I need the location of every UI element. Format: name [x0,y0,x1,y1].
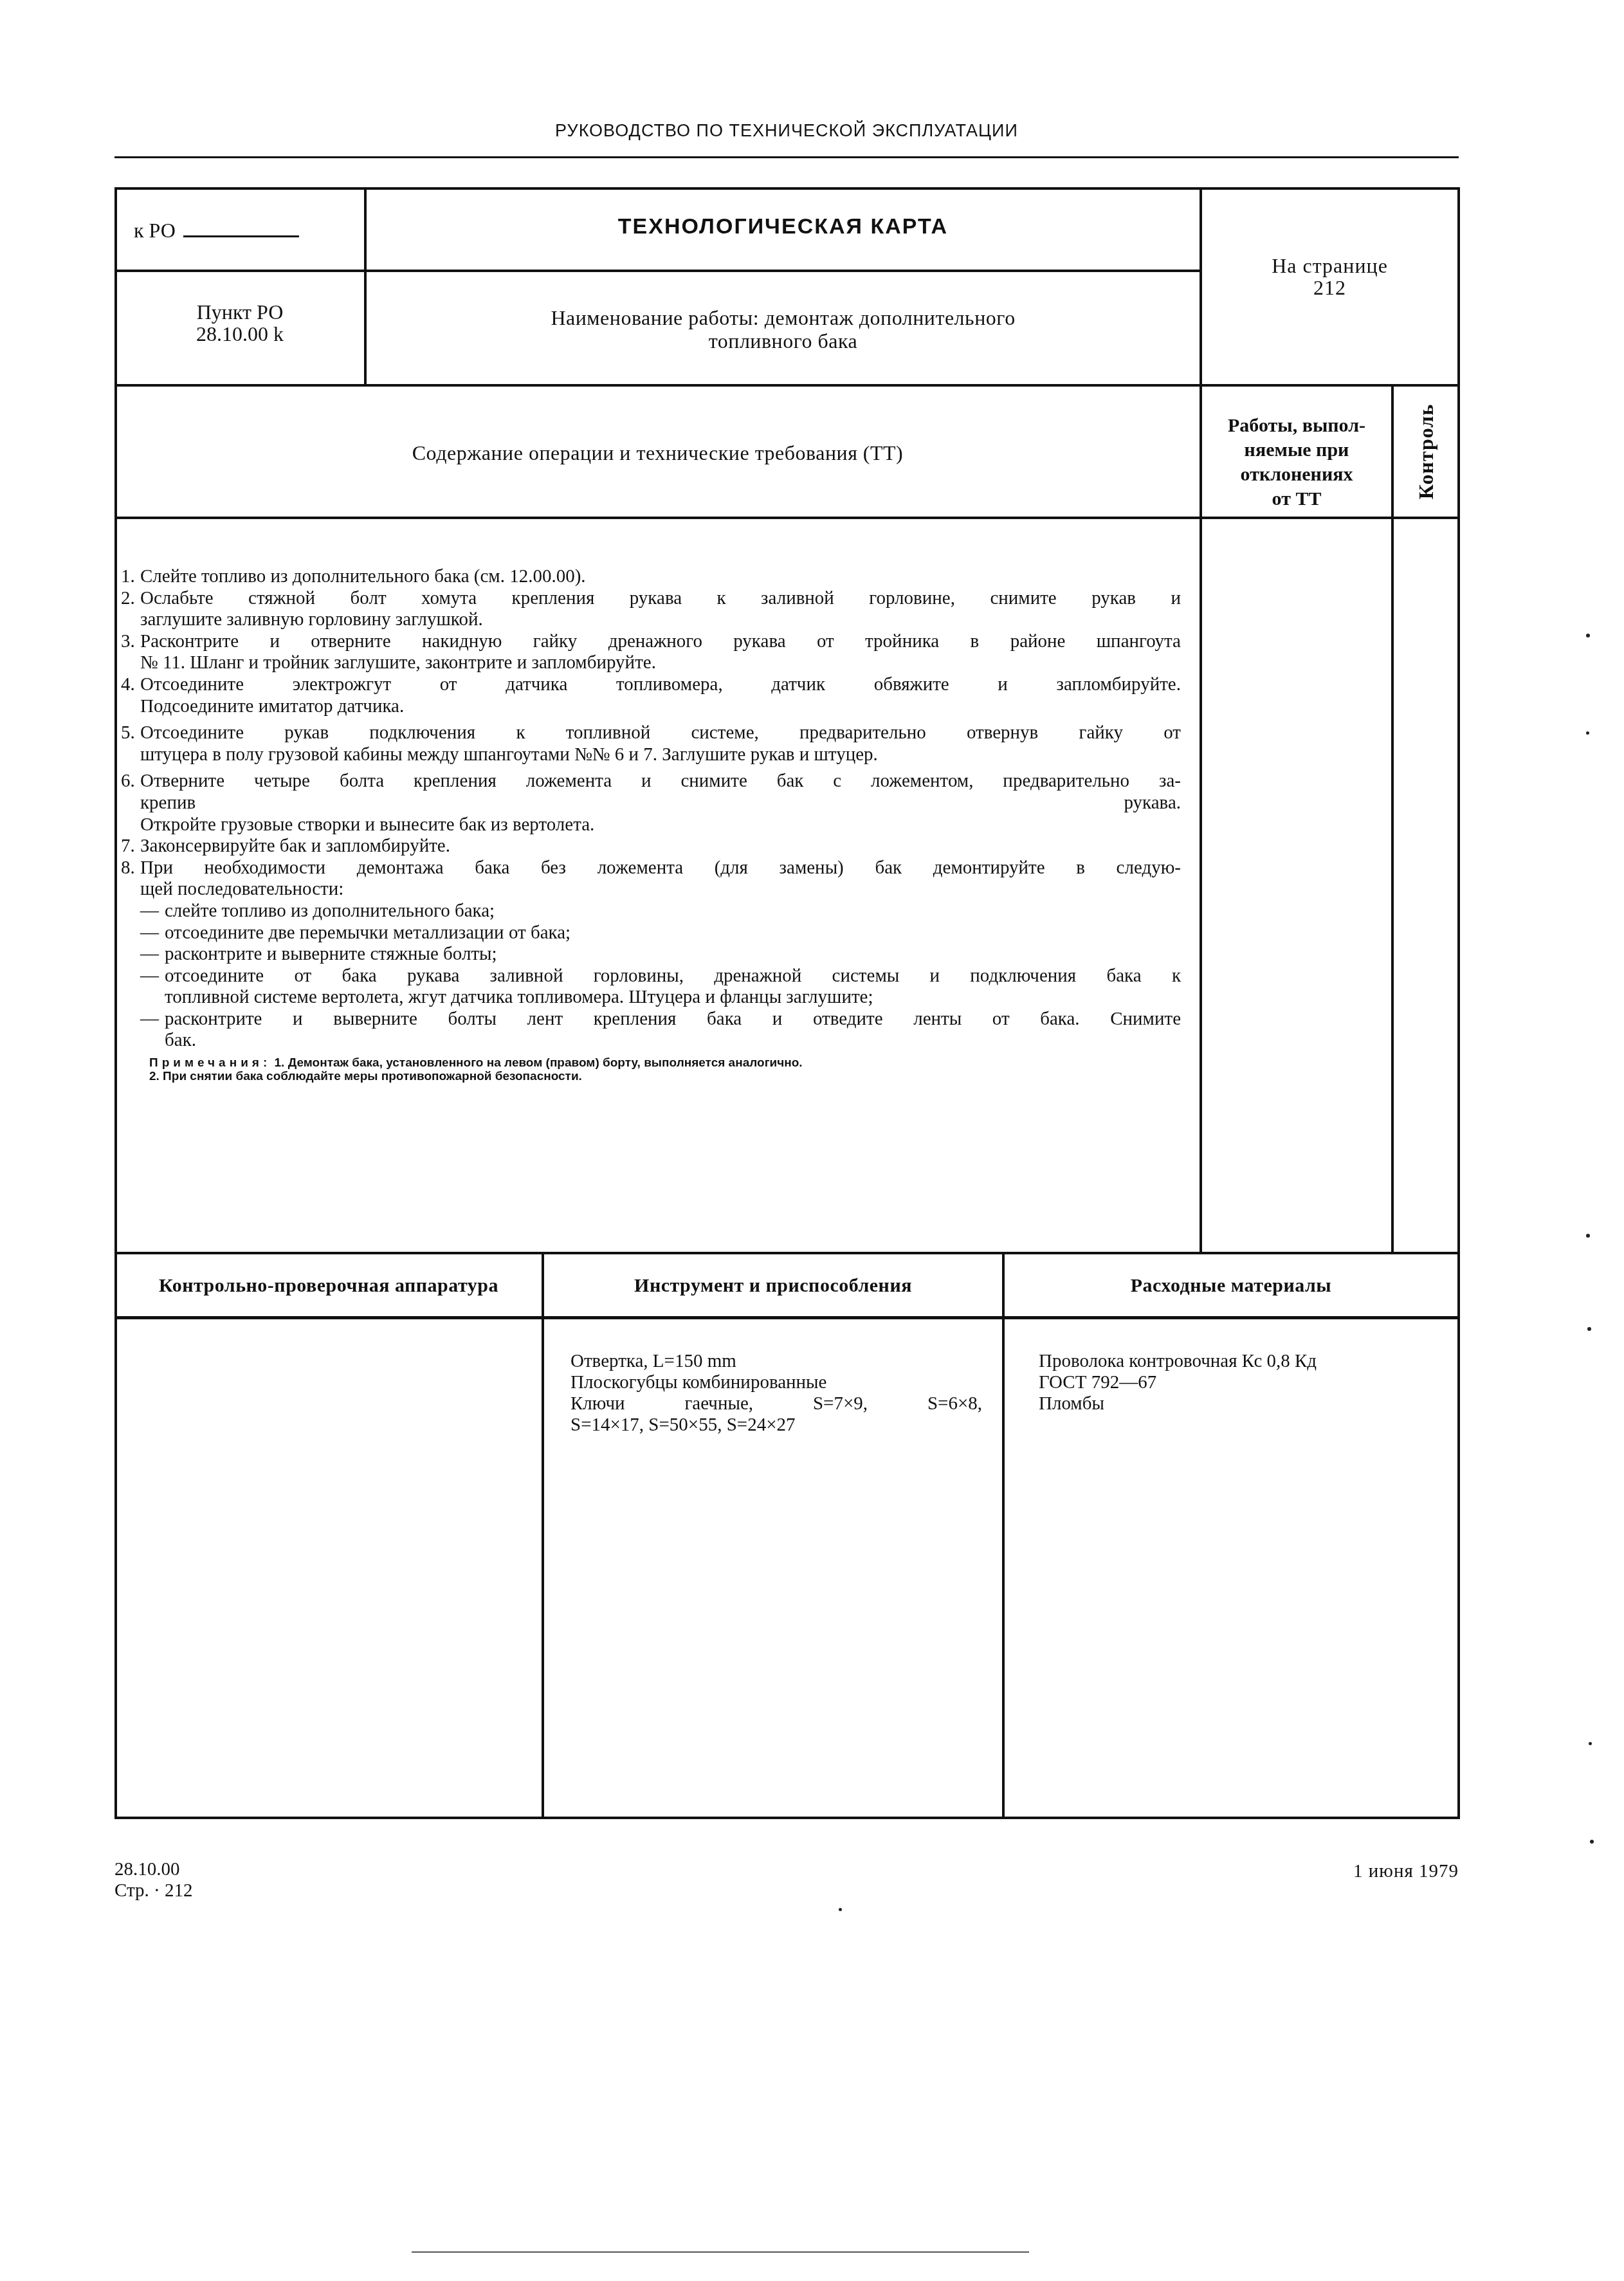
note-1-text: 1. Демонтаж бака, установленного на лево… [275,1056,803,1070]
sub-step-text: отсоедините две перемычки металлизации о… [165,922,1181,944]
operation-text: При необходимости демонтажа бака без лож… [140,857,1181,901]
operation-item: 2.Ослабьте стяжной болт хомута крепления… [121,588,1181,631]
bottom-header-bottom [114,1316,1460,1319]
operation-number: 8. [121,857,140,901]
dash-bullet: — [140,966,165,1009]
scan-rule-bottom [412,2251,1029,2253]
material-item: ГОСТ 792—67 [1039,1372,1437,1393]
operation-text: Отсоедините рукав подключения к топливно… [140,722,1181,765]
operation-number: 2. [121,588,140,631]
notes-label: Примечания: [149,1056,271,1070]
operation-number: 1. [121,566,140,588]
footer-section: 28.10.00 [114,1859,192,1880]
bottom-col1-divider [542,1252,544,1819]
sub-step-item: —расконтрите и выверните болты лент креп… [121,1009,1181,1052]
operation-text: Отверните четыре болта крепления ложемен… [140,771,1181,836]
page-ref: На странице 212 [1201,255,1459,298]
bottom-left-border [114,1252,117,1819]
deviations-header-line: от ТТ [1201,487,1392,511]
work-name-line1: Наименование работы: демонтаж дополнител… [365,306,1201,329]
sub-step-text: расконтрите и выверните болты лент крепл… [165,1009,1181,1052]
table-right-border [1457,187,1460,1254]
page-ref-label: На странице [1201,255,1459,277]
sub-step-line: отсоедините от бака рукава заливной горл… [165,966,1181,987]
operation-text: Законсервируйте бак и запломбируйте. [140,836,1181,857]
table-left-border [114,187,117,1254]
operation-line: штуцера в полу грузовой кабины между шпа… [140,744,1181,766]
materials-list: Проволока контровочная Кс 0,8 Кд ГОСТ 79… [1039,1351,1437,1415]
ref-po-blank [183,235,299,237]
operation-text: Расконтрите и отверните накидную гайку д… [140,631,1181,674]
operation-text: Ослабьте стяжной болт хомута крепления р… [140,588,1181,631]
material-item: Пломбы [1039,1393,1437,1415]
operation-line: При необходимости демонтажа бака без лож… [140,857,1181,879]
bottom-table-bottom [114,1817,1460,1819]
materials-column-header: Расходные материалы [1003,1275,1459,1297]
note-1: Примечания: 1. Демонтаж бака, установлен… [149,1056,1165,1070]
operation-line: Подсоедините имитатор датчика. [140,696,1181,718]
ref-po-label: к РО [134,219,176,242]
operation-item: 3.Расконтрите и отверните накидную гайку… [121,631,1181,674]
operation-text: Отсоедините электрожгут от датчика топли… [140,674,1181,717]
operation-number: 5. [121,722,140,765]
operation-line: Ослабьте стяжной болт хомута крепления р… [140,588,1181,610]
work-name-line2: топливного бака [365,329,1201,353]
work-name: Наименование работы: демонтаж дополнител… [365,306,1201,353]
bottom-col2-divider [1002,1252,1005,1819]
head-rule [114,156,1459,158]
operation-item: 8.При необходимости демонтажа бака без л… [121,857,1181,901]
footer-date: 1 июня 1979 [1353,1861,1459,1882]
card-title: ТЕХНОЛОГИЧЕСКАЯ КАРТА [365,214,1201,239]
operation-text: Слейте топливо из дополнительного бака (… [140,566,1181,588]
sub-step-item: —отсоедините от бака рукава заливной гор… [121,966,1181,1009]
item-ref-label: Пункт РО [114,301,365,323]
item-ref: Пункт РО 28.10.00 k [114,301,365,345]
operation-line: заглушите заливную горловину заглушкой. [140,609,1181,631]
sub-step-line: топливной системе вертолета, жгут датчик… [165,987,1181,1009]
equipment-column-header: Контрольно-проверочная аппаратура [114,1275,543,1297]
scan-speck [1586,634,1590,637]
operation-item: 1.Слейте топливо из дополнительного бака… [121,566,1181,588]
operations-column-header: Содержание операции и технические требов… [114,441,1201,465]
operation-line: Откройте грузовые створки и вынесите бак… [140,814,1181,836]
sub-step-item: —отсоедините две перемычки металлизации … [121,922,1181,944]
row-split [114,270,1201,272]
operation-line: Законсервируйте бак и запломбируйте. [140,836,1181,857]
deviations-column-header: Работы, выпол- няемые при отклонениях от… [1201,414,1392,511]
scan-speck [1586,731,1589,735]
sub-step-text: слейте топливо из дополнительного бака; [165,901,1181,922]
tool-item: Отвертка, L=150 mm [570,1351,982,1372]
operation-item: 5.Отсоедините рукав подключения к топлив… [121,722,1181,765]
material-item: Проволока контровочная Кс 0,8 Кд [1039,1351,1437,1372]
item-ref-value: 28.10.00 k [114,323,365,345]
scan-speck [1587,1327,1591,1331]
operation-line: Отверните четыре болта крепления ложемен… [140,771,1181,792]
tool-item: S=14×17, S=50×55, S=24×27 [570,1415,982,1436]
dash-bullet: — [140,922,165,944]
dash-bullet: — [140,1009,165,1052]
sub-step-line: расконтрите и выверните стяжные болты; [165,944,1181,966]
control-column-header: Контроль [1392,385,1459,518]
dash-bullet: — [140,901,165,922]
sub-step-line: бак. [165,1030,1181,1052]
operation-number: 6. [121,771,140,836]
sub-step-text: отсоедините от бака рукава заливной горл… [165,966,1181,1009]
tool-item: Ключи гаечные, S=7×9, S=6×8, [570,1393,982,1415]
ref-po-field: к РО [134,219,299,243]
title-rows-bottom [114,384,1460,387]
bottom-right-border [1457,1252,1460,1819]
tools-list: Отвертка, L=150 mm Плоскогубцы комбиниро… [570,1351,982,1436]
table-top-border [114,187,1460,190]
operation-line: Отсоедините электрожгут от датчика топли… [140,674,1181,696]
scan-speck [1590,1840,1594,1844]
sub-step-line: расконтрите и выверните болты лент крепл… [165,1009,1181,1031]
operation-line: щей последовательности: [140,879,1181,901]
sub-step-line: отсоедините две перемычки металлизации о… [165,922,1181,944]
tools-column-header: Инструмент и приспособления [543,1275,1003,1297]
notes: Примечания: 1. Демонтаж бака, установлен… [149,1056,1165,1083]
deviations-header-line: отклонениях [1201,463,1392,487]
operation-number: 7. [121,836,140,857]
scan-speck [1589,1742,1592,1745]
sub-step-text: расконтрите и выверните стяжные болты; [165,944,1181,966]
operation-item: 4.Отсоедините электрожгут от датчика топ… [121,674,1181,717]
footer-left: 28.10.00 Стр. · 212 [114,1859,192,1901]
scan-speck [839,1908,842,1911]
control-header-label: Контроль [1414,403,1437,499]
page-ref-value: 212 [1201,277,1459,298]
operation-line: Расконтрите и отверните накидную гайку д… [140,631,1181,653]
operation-line: № 11. Шланг и тройник заглушите, законтр… [140,652,1181,674]
body-bottom [114,1252,1460,1254]
running-head: РУКОВОДСТВО ПО ТЕХНИЧЕСКОЙ ЭКСПЛУАТАЦИИ [114,121,1459,141]
operation-number: 3. [121,631,140,674]
deviations-header-line: няемые при [1201,438,1392,463]
operation-line: Отсоедините рукав подключения к топливно… [140,722,1181,744]
operation-number: 4. [121,674,140,717]
dash-bullet: — [140,944,165,966]
operation-item: 6.Отверните четыре болта крепления ложем… [121,771,1181,836]
tool-item: Плоскогубцы комбинированные [570,1372,982,1393]
note-2: 2. При снятии бака соблюдайте меры проти… [149,1070,1165,1083]
operation-item: 7.Законсервируйте бак и запломбируйте. [121,836,1181,857]
sub-step-line: слейте топливо из дополнительного бака; [165,901,1181,922]
header-row-bottom [114,517,1460,519]
sub-step-item: —слейте топливо из дополнительного бака; [121,901,1181,922]
deviations-header-line: Работы, выпол- [1201,414,1392,438]
operation-line: крепив рукава. [140,792,1181,814]
operations-list: 1.Слейте топливо из дополнительного бака… [121,566,1181,1052]
operation-line: Слейте топливо из дополнительного бака (… [140,566,1181,588]
footer-page: Стр. · 212 [114,1880,192,1901]
sub-step-item: —расконтрите и выверните стяжные болты; [121,944,1181,966]
scan-speck [1586,1234,1590,1238]
